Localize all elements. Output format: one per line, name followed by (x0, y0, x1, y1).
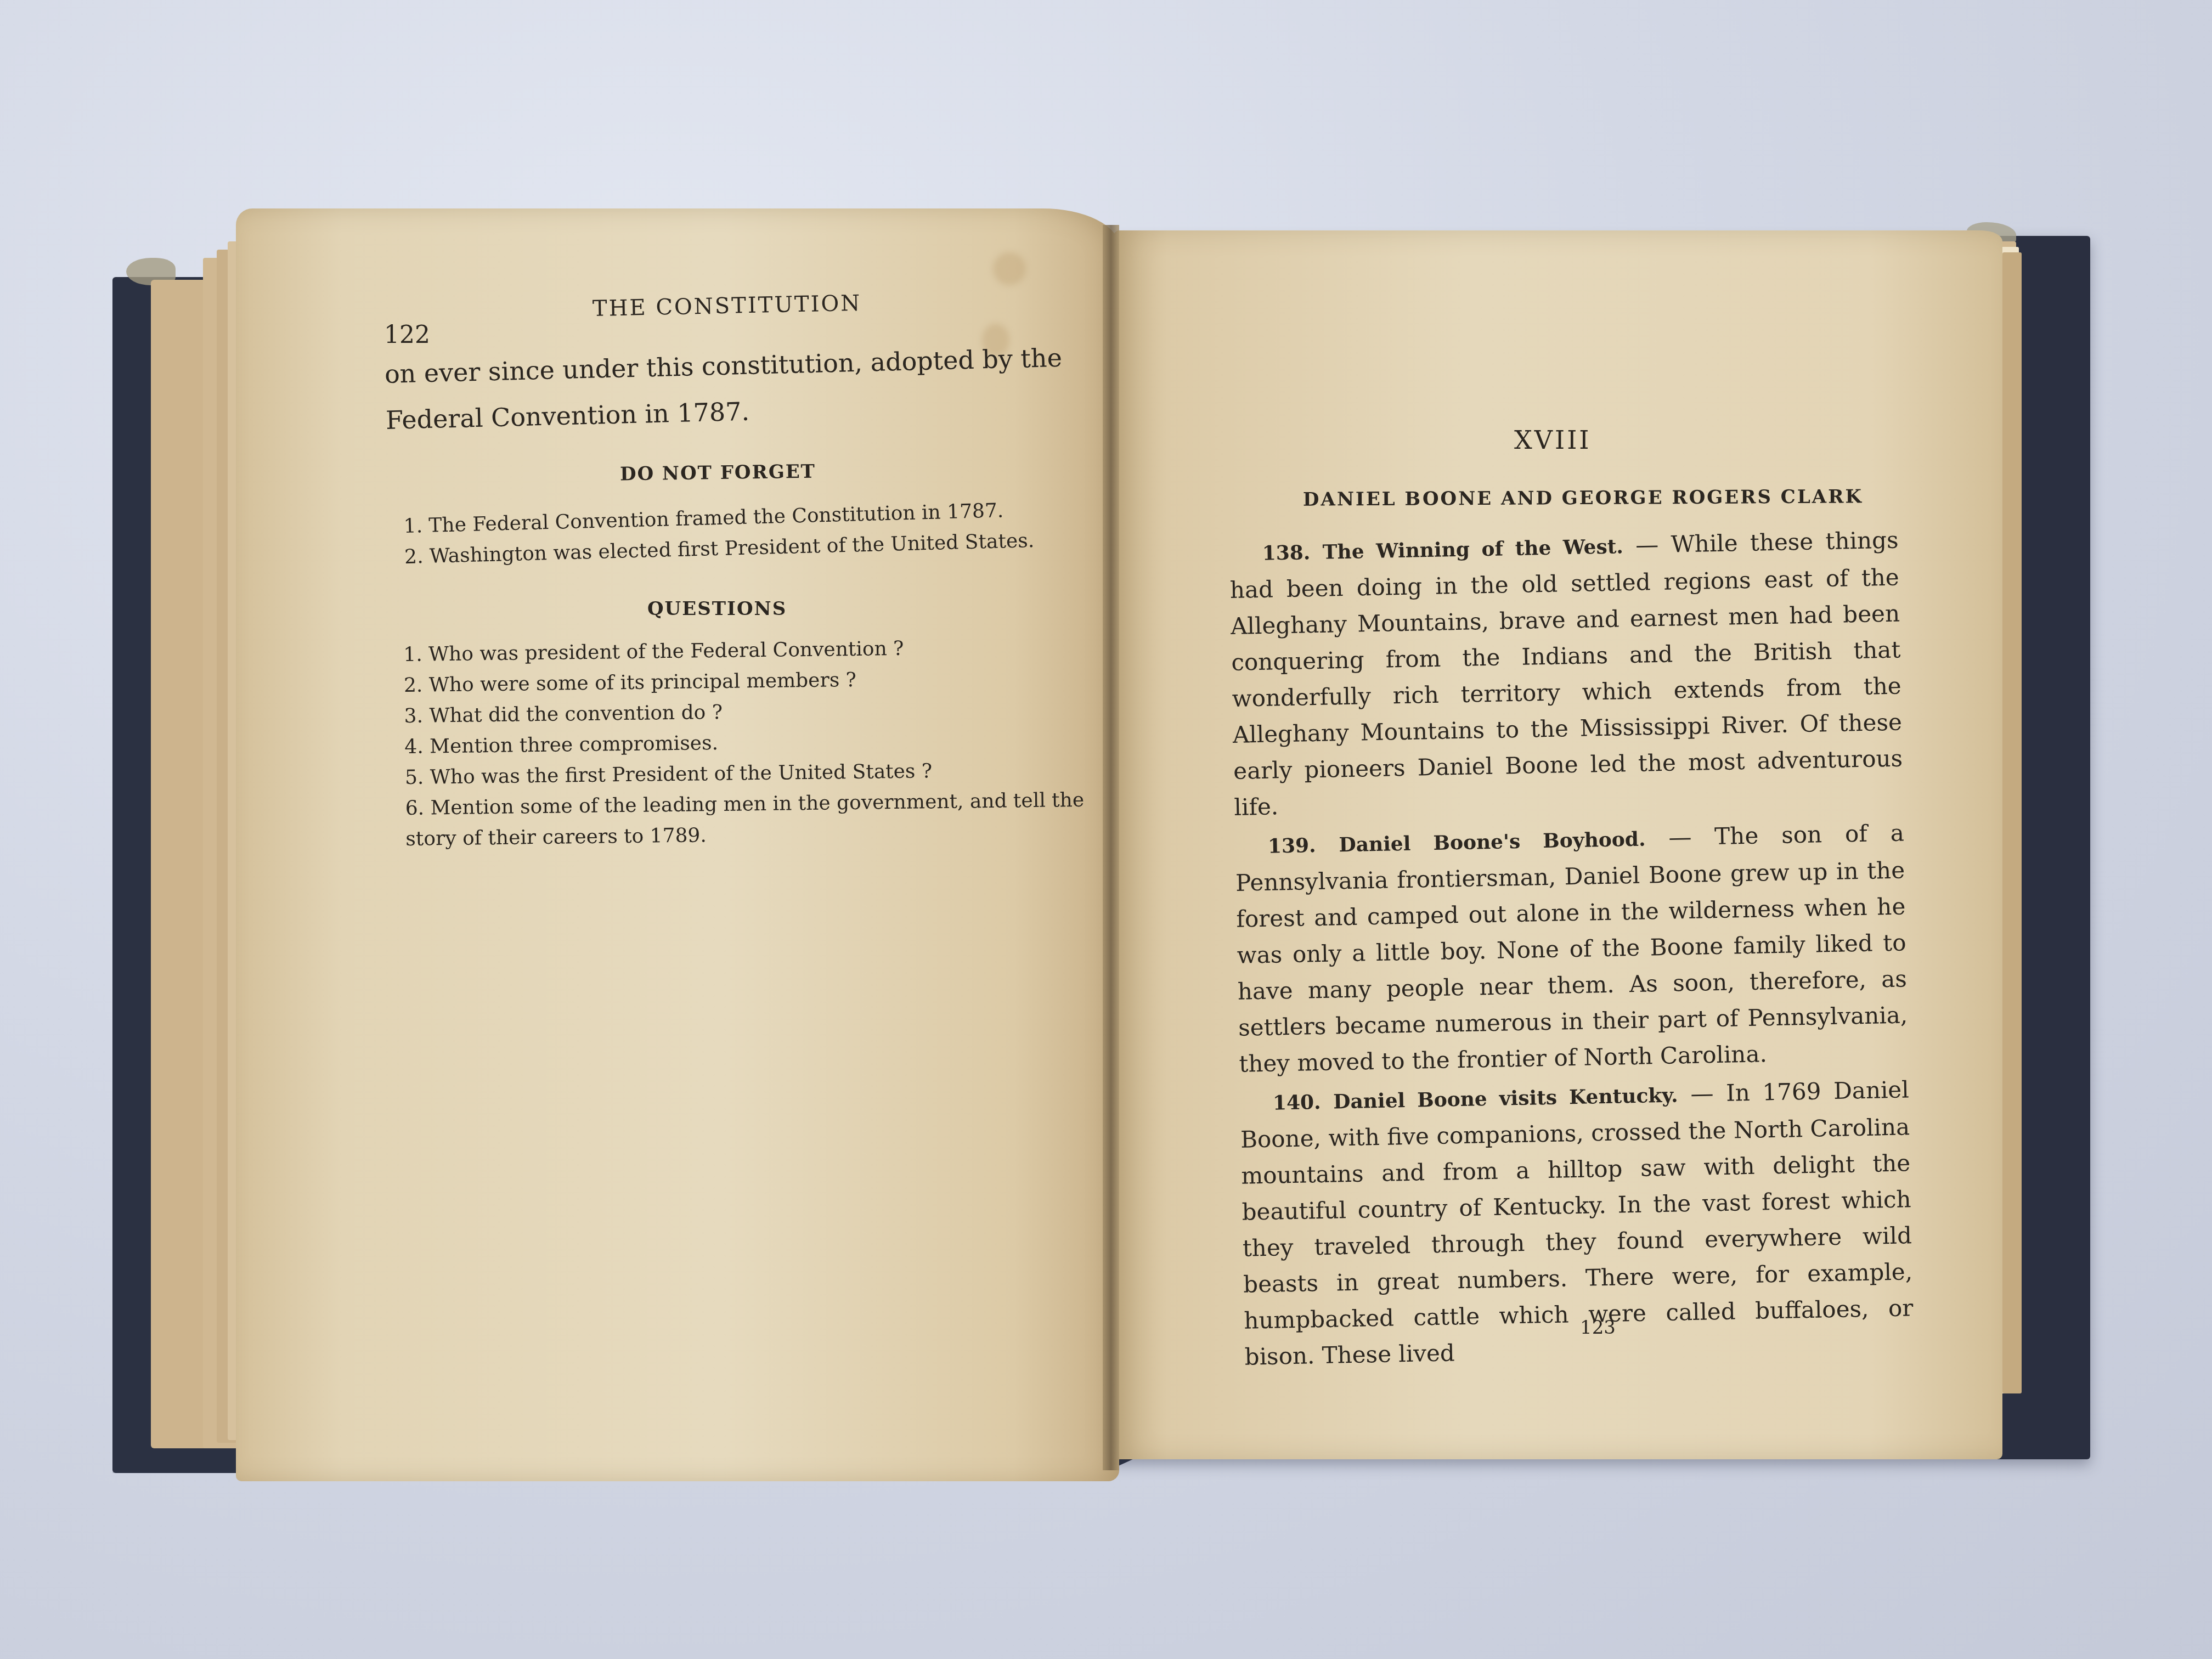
page-stack-edge (2002, 252, 2022, 1393)
section-number: 140. (1272, 1091, 1321, 1115)
questions-list: 1. Who was president of the Federal Conv… (403, 631, 1086, 855)
book-gutter (1103, 225, 1119, 1470)
section-paragraph: 139. Daniel Boone's Boyhood. — The son o… (1234, 815, 1909, 1082)
questions-heading: QUESTIONS (647, 598, 787, 620)
section-title: The Winning of the West. (1322, 535, 1623, 564)
question-item: 6. Mention some of the leading men in th… (405, 785, 1086, 855)
section-title: Daniel Boone's Boyhood. (1339, 828, 1646, 857)
do-not-forget-heading: DO NOT FORGET (620, 461, 816, 486)
section-text: — The son of a Pennsylvania frontiersman… (1235, 819, 1908, 1077)
section-title: Daniel Boone visits Kentucky. (1333, 1084, 1678, 1113)
page-number-right: 123 (1580, 1317, 1616, 1339)
page-number-left: 122 (384, 321, 430, 349)
section-paragraph: 140. Daniel Boone visits Kentucky. — In … (1239, 1071, 1914, 1375)
section-paragraph: 138. The Winning of the West. — While th… (1229, 522, 1904, 826)
chapter-title: DANIEL BOONE AND GEORGE ROGERS CLARK (1303, 486, 1863, 510)
section-number: 139. (1268, 834, 1316, 858)
section-text: — While these things had been doing in t… (1229, 527, 1903, 821)
chapter-body: 138. The Winning of the West. — While th… (1229, 522, 1914, 1378)
chapter-number: XVIII (1514, 425, 1591, 455)
continued-paragraph: on ever since under this constitution, a… (384, 335, 1066, 443)
paper-stain (993, 252, 1026, 285)
section-number: 138. (1262, 541, 1310, 565)
section-text: — In 1769 Daniel Boone, with five compan… (1240, 1076, 1914, 1370)
